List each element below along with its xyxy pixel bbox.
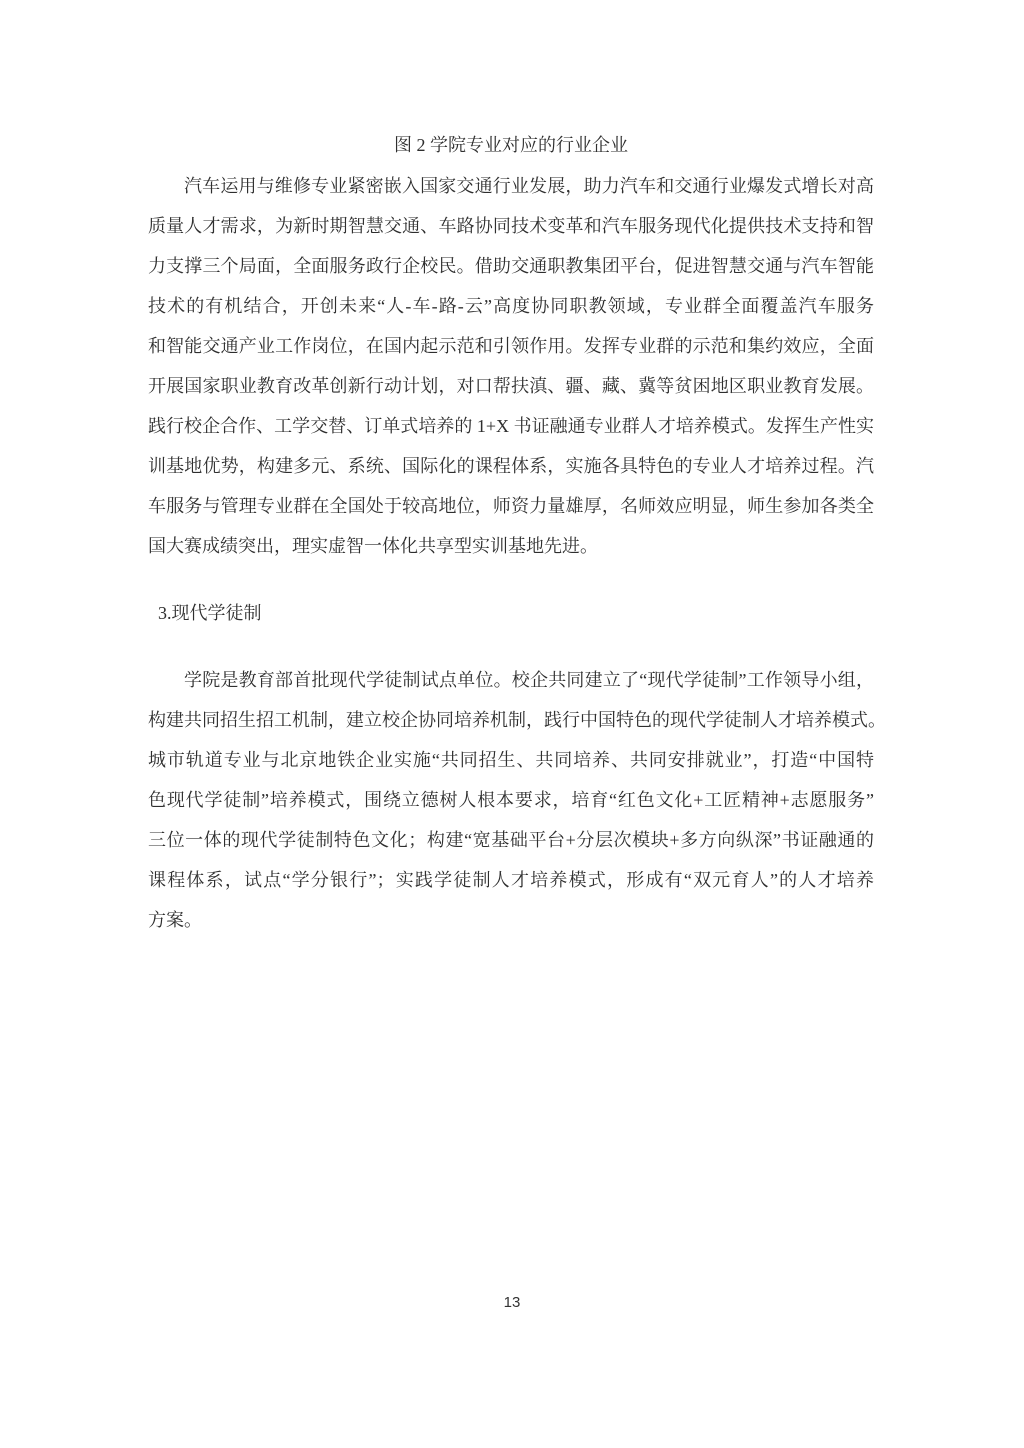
section-heading-modern-apprenticeship: 3.现代学徒制 [158, 593, 262, 633]
page-number: 13 [0, 1288, 1024, 1318]
paragraph-line: 力支撑三个局面，全面服务政行企校民。借助交通职教集团平台，促进智慧交通与汽车智能 [148, 246, 874, 286]
paragraph-line: 车服务与管理专业群在全国处于较高地位，师资力量雄厚，名师效应明显，师生参加各类全 [148, 486, 874, 526]
paragraph-line: 技术的有机结合，开创未来“人-车-路-云”高度协同职教领域，专业群全面覆盖汽车服… [148, 286, 874, 326]
paragraph-line: 学院是教育部首批现代学徒制试点单位。校企共同建立了“现代学徒制”工作领导小组， [148, 660, 874, 700]
paragraph-line: 色现代学徒制”培养模式，围绕立德树人根本要求，培育“红色文化+工匠精神+志愿服务… [148, 780, 874, 820]
paragraph-line: 和智能交通产业工作岗位，在国内起示范和引领作用。发挥专业群的示范和集约效应，全面 [148, 326, 874, 366]
paragraph-line: 课程体系，试点“学分银行”；实践学徒制人才培养模式，形成有“双元育人”的人才培养 [148, 860, 874, 900]
paragraph-line: 质量人才需求，为新时期智慧交通、车路协同技术变革和汽车服务现代化提供技术支持和智 [148, 206, 874, 246]
paragraph-line: 城市轨道专业与北京地铁企业实施“共同招生、共同培养、共同安排就业”，打造“中国特 [148, 740, 874, 780]
paragraph-line: 践行校企合作、工学交替、订单式培养的 1+X 书证融通专业群人才培养模式。发挥生… [148, 406, 874, 446]
paragraph-auto-specialty: 汽车运用与维修专业紧密嵌入国家交通行业发展，助力汽车和交通行业爆发式增长对高 质… [148, 166, 874, 566]
paragraph-line: 国大赛成绩突出，理实虚智一体化共享型实训基地先进。 [148, 526, 874, 566]
paragraph-modern-apprenticeship: 学院是教育部首批现代学徒制试点单位。校企共同建立了“现代学徒制”工作领导小组， … [148, 660, 874, 940]
paragraph-line: 开展国家职业教育改革创新行动计划，对口帮扶滇、疆、藏、冀等贫困地区职业教育发展。 [148, 366, 874, 406]
paragraph-line: 汽车运用与维修专业紧密嵌入国家交通行业发展，助力汽车和交通行业爆发式增长对高 [148, 166, 874, 206]
paragraph-line: 训基地优势，构建多元、系统、国际化的课程体系，实施各具特色的专业人才培养过程。汽 [148, 446, 874, 486]
document-page: 图 2 学院专业对应的行业企业 汽车运用与维修专业紧密嵌入国家交通行业发展，助力… [0, 0, 1024, 1448]
paragraph-line: 三位一体的现代学徒制特色文化；构建“宽基础平台+分层次模块+多方向纵深”书证融通… [148, 820, 874, 860]
figure-caption: 图 2 学院专业对应的行业企业 [148, 125, 874, 165]
paragraph-line: 方案。 [148, 900, 874, 940]
paragraph-line: 构建共同招生招工机制，建立校企协同培养机制，践行中国特色的现代学徒制人才培养模式… [148, 700, 874, 740]
